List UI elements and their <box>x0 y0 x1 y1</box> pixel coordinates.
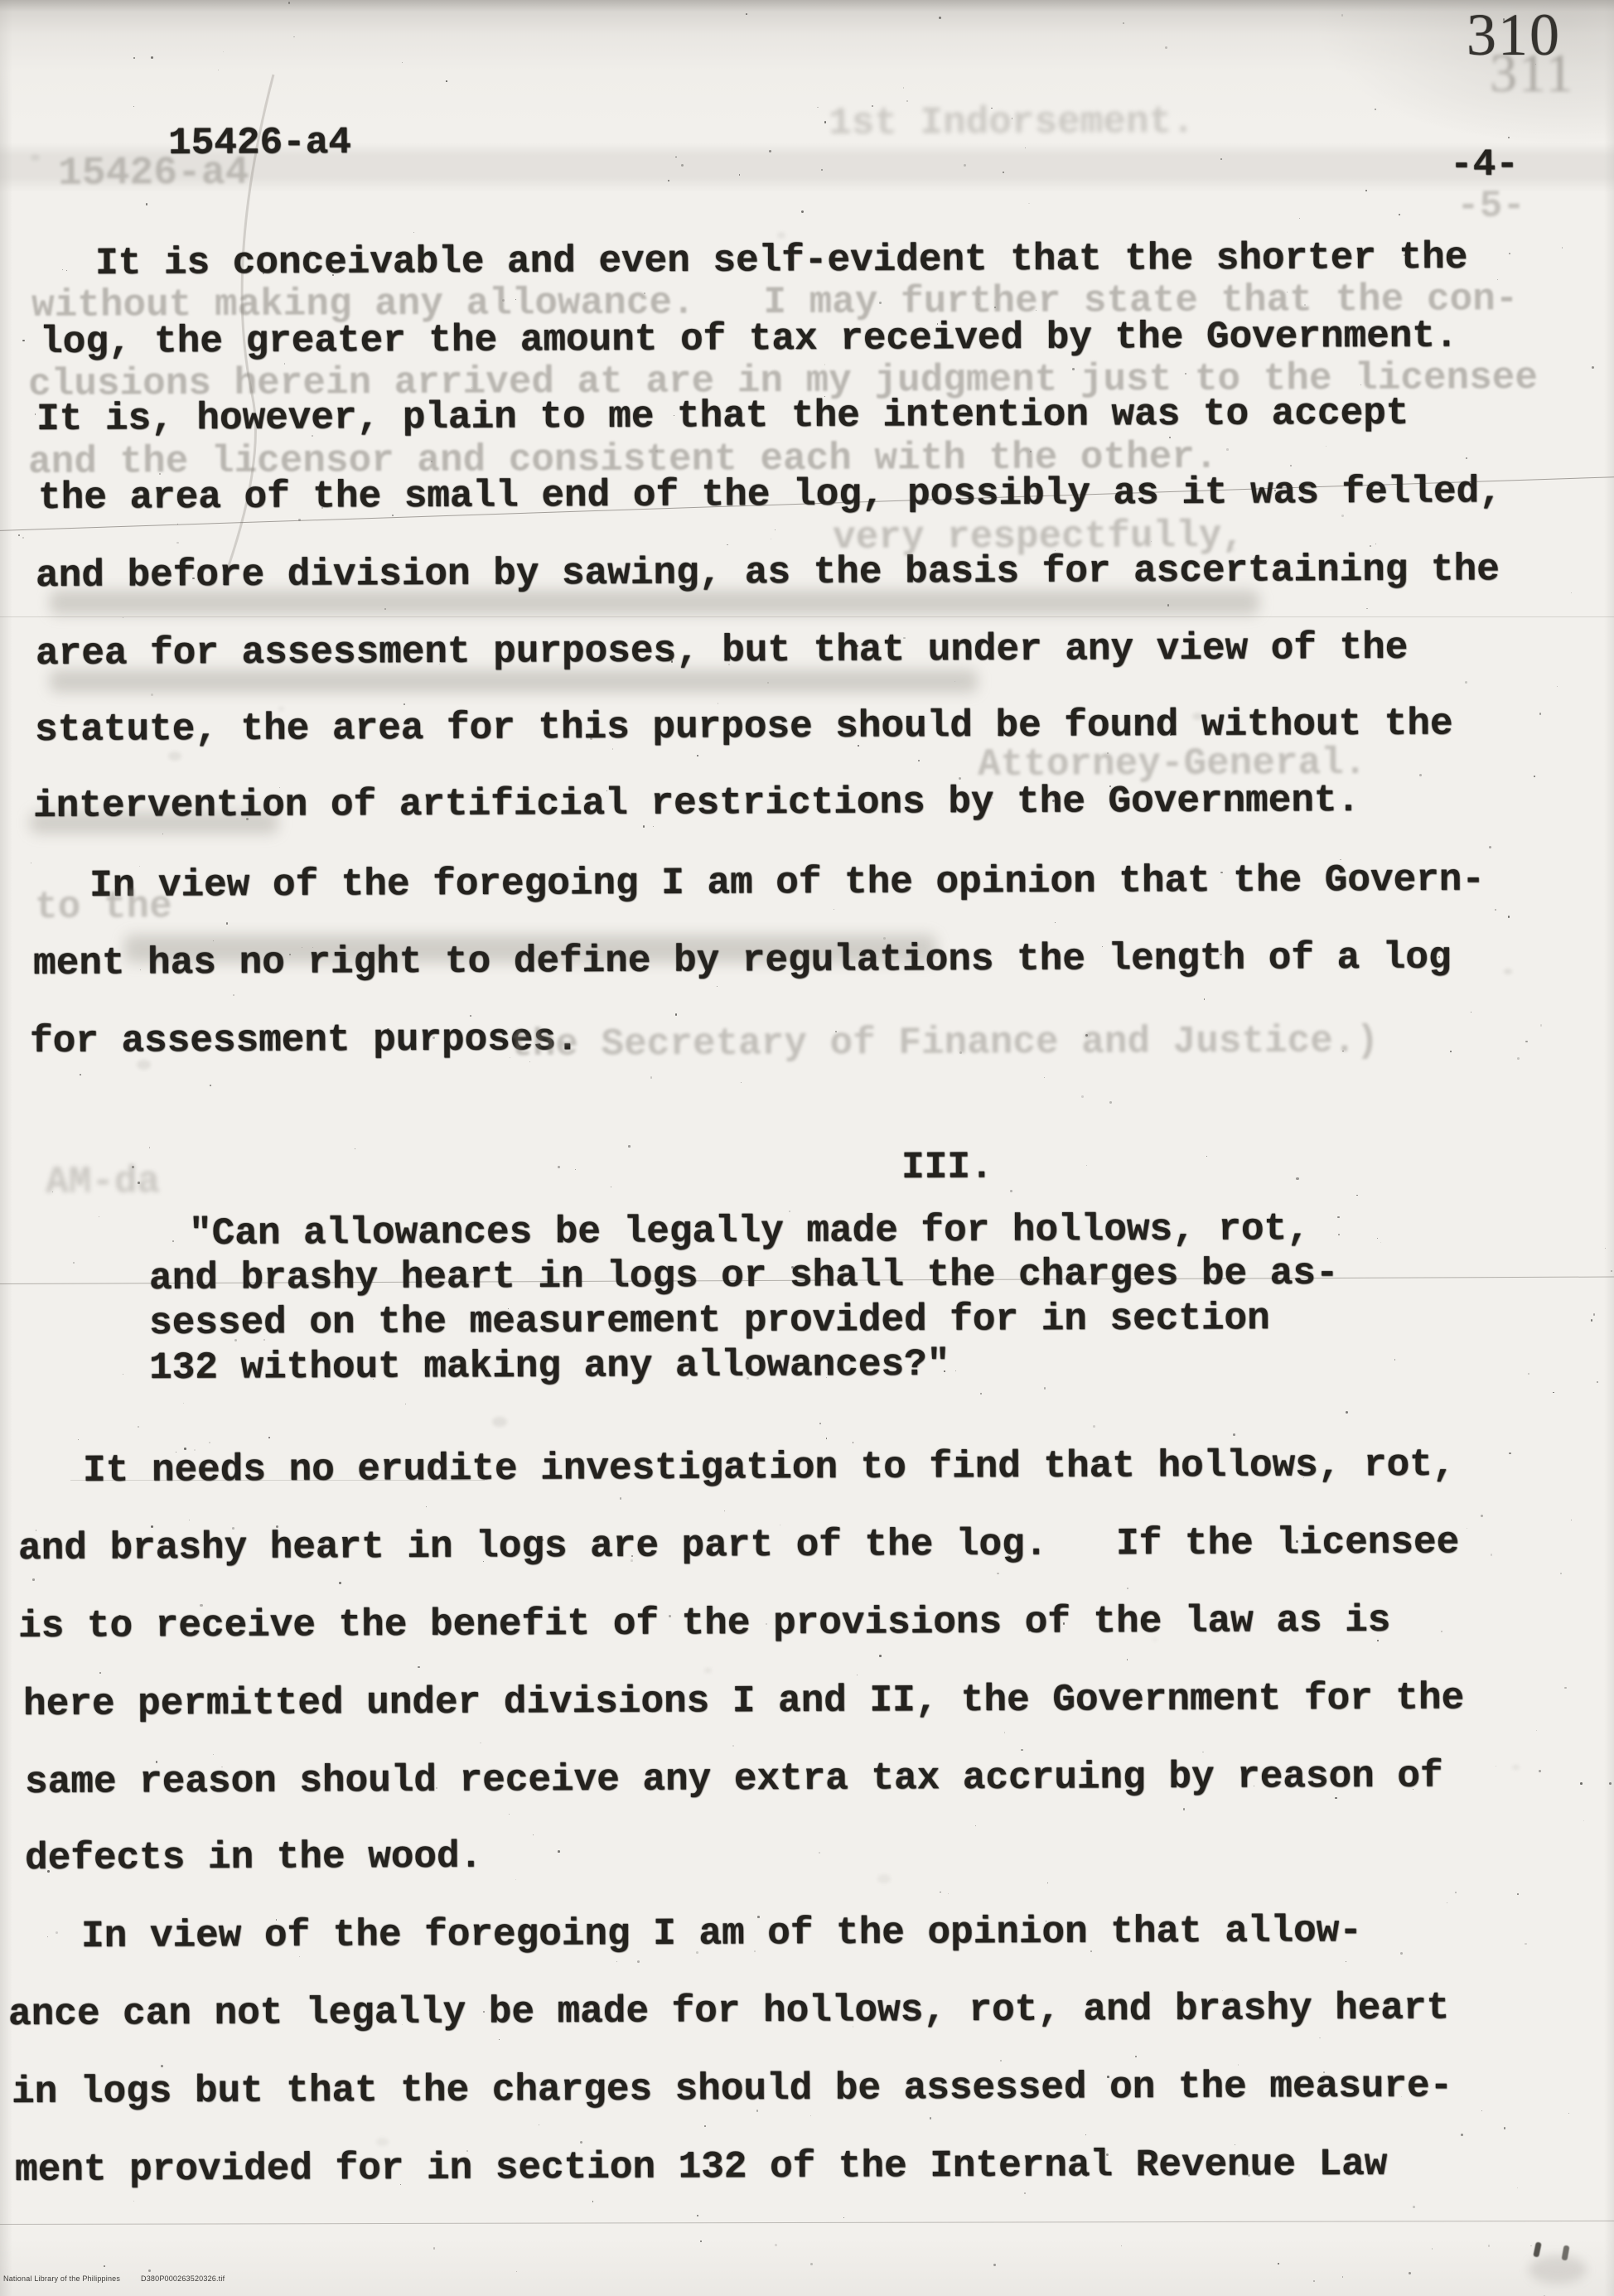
typed-text-line: same reason should receive any extra tax… <box>25 1757 1443 1801</box>
typed-text-line: in logs but that the charges should be a… <box>12 2066 1452 2111</box>
ghost-text-line: AM-da <box>46 1163 160 1201</box>
ink-mark <box>1533 2241 1542 2257</box>
typed-text-line: 132 without making any allowances?" <box>149 1346 950 1387</box>
typed-text-line: area for assessment purposes, but that u… <box>36 629 1408 673</box>
typed-text-line: intervention of artificial restrictions … <box>33 781 1360 825</box>
ghost-text-line: very respectfully, <box>833 517 1244 557</box>
ghost-text-line: and the licensor and consistent each wit… <box>28 438 1218 481</box>
typed-text-line: sessed on the measurement provided for i… <box>149 1299 1270 1342</box>
typed-text-line: and brashy heart in logs are part of the… <box>18 1523 1459 1568</box>
typed-text-line: ance can not legally be made for hollows… <box>8 1989 1449 2033</box>
typed-text-line: In view of the foregoing I am of the opi… <box>81 1912 1362 1955</box>
typed-text-line: here permitted under divisions I and II,… <box>23 1679 1464 1723</box>
ink-blob <box>1529 2255 1587 2284</box>
typed-text-line: ment provided for in section 132 of the … <box>15 2145 1387 2189</box>
footer-archive-label: National Library of the Philippines <box>3 2275 120 2283</box>
ghost-printed-page-number: 311 <box>1490 46 1575 101</box>
typed-text-line: is to receive the benefit of the provisi… <box>18 1602 1390 1646</box>
ghost-text-line: 1st Indorsement. <box>829 103 1195 143</box>
typed-text-line: "Can allowances be legally made for holl… <box>189 1210 1310 1253</box>
typed-text-line: It is conceivable and even self-evident … <box>95 239 1467 283</box>
ghost-text-line: 15426-a4 <box>58 153 249 194</box>
ghost-text-line: Attorney-General. <box>978 744 1366 784</box>
typed-text-line: In view of the foregoing I am of the opi… <box>89 861 1485 905</box>
typed-text-line: ment has no right to define by regulatio… <box>33 939 1452 983</box>
ghost-text-line: -5- <box>1457 187 1525 225</box>
ghost-text-line: without making any allowance. I may furt… <box>31 280 1518 325</box>
ghost-text-line: the Secretary of Finance and Justice.) <box>510 1022 1379 1064</box>
typed-text-line: for assessment purposes. <box>30 1020 579 1061</box>
typed-text-line: and brashy heart in logs or shall the ch… <box>149 1254 1339 1298</box>
footer-file-code: D380P000263520326.tif <box>141 2275 225 2283</box>
typed-text-line: defects in the wood. <box>25 1838 482 1878</box>
ghost-text-line: to the <box>35 887 172 926</box>
scratch-line <box>0 2221 1614 2225</box>
typed-text-line: It needs no erudite investigation to fin… <box>83 1446 1455 1490</box>
ghost-text-line: clusions herein arrived at are in my jud… <box>28 359 1538 404</box>
scanned-document-page: 310 311 15426-a4-4-It is conceivable and… <box>0 0 1614 2296</box>
scratch-line <box>0 616 1614 617</box>
typed-text-line: -4- <box>1450 146 1519 184</box>
typed-text-line: and before division by sawing, as the ba… <box>36 550 1500 595</box>
typed-text-line: III. <box>901 1148 993 1187</box>
